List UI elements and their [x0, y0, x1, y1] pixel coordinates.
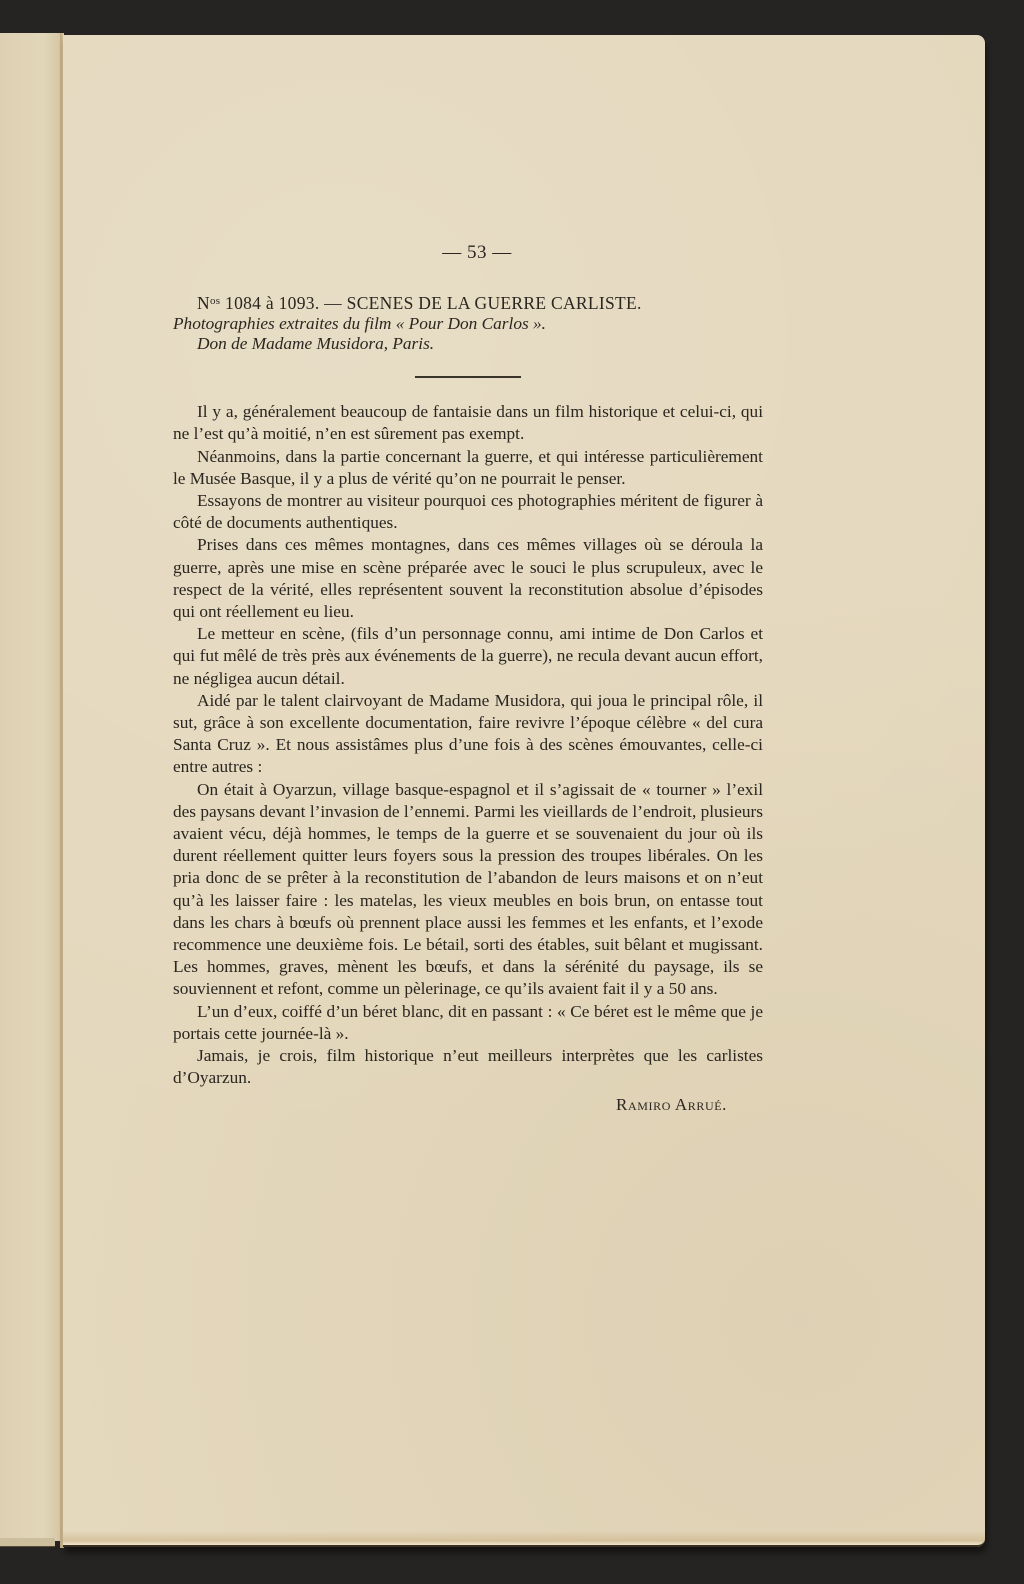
paragraph: On était à Oyarzun, village basque-espag… — [173, 779, 763, 1001]
entry-subtitle: Photographies extraites du film « Pour D… — [173, 314, 763, 334]
author-signature: Ramiro Arrué. — [173, 1094, 727, 1116]
left-page-bottom-edge — [0, 1538, 55, 1547]
paragraph: Néanmoins, dans la partie concernant la … — [173, 446, 763, 490]
entry-donor: Don de Madame Musidora, Paris. — [173, 334, 763, 354]
entry-title: Nos 1084 à 1093. — SCENES DE LA GUERRE C… — [173, 290, 763, 314]
page-text-block: — 53 — Nos 1084 à 1093. — SCENES DE LA G… — [173, 242, 763, 1116]
page-bottom-edge — [63, 1531, 985, 1547]
paragraph: Le metteur en scène, (fils d’un personna… — [173, 623, 763, 690]
paragraph: Prises dans ces mêmes montagnes, dans ce… — [173, 534, 763, 623]
paragraph: Il y a, généralement beaucoup de fantais… — [173, 401, 763, 445]
entry-prefix-sup: os — [210, 295, 220, 307]
paragraph: Aidé par le talent clairvoyant de Madame… — [173, 690, 763, 779]
page-number: — 53 — — [191, 242, 763, 264]
article-body: Il y a, généralement beaucoup de fantais… — [173, 401, 763, 1089]
entry-title-text: 1084 à 1093. — SCENES DE LA GUERRE CARLI… — [220, 293, 641, 313]
paragraph: Jamais, je crois, film historique n’eut … — [173, 1045, 763, 1089]
book-page: — 53 — Nos 1084 à 1093. — SCENES DE LA G… — [63, 35, 985, 1547]
left-page-edge — [0, 33, 62, 1541]
entry-prefix: N — [197, 293, 210, 313]
section-divider — [415, 376, 521, 378]
paragraph: Essayons de montrer au visiteur pourquoi… — [173, 490, 763, 534]
paragraph: L’un d’eux, coiffé d’un béret blanc, dit… — [173, 1001, 763, 1045]
